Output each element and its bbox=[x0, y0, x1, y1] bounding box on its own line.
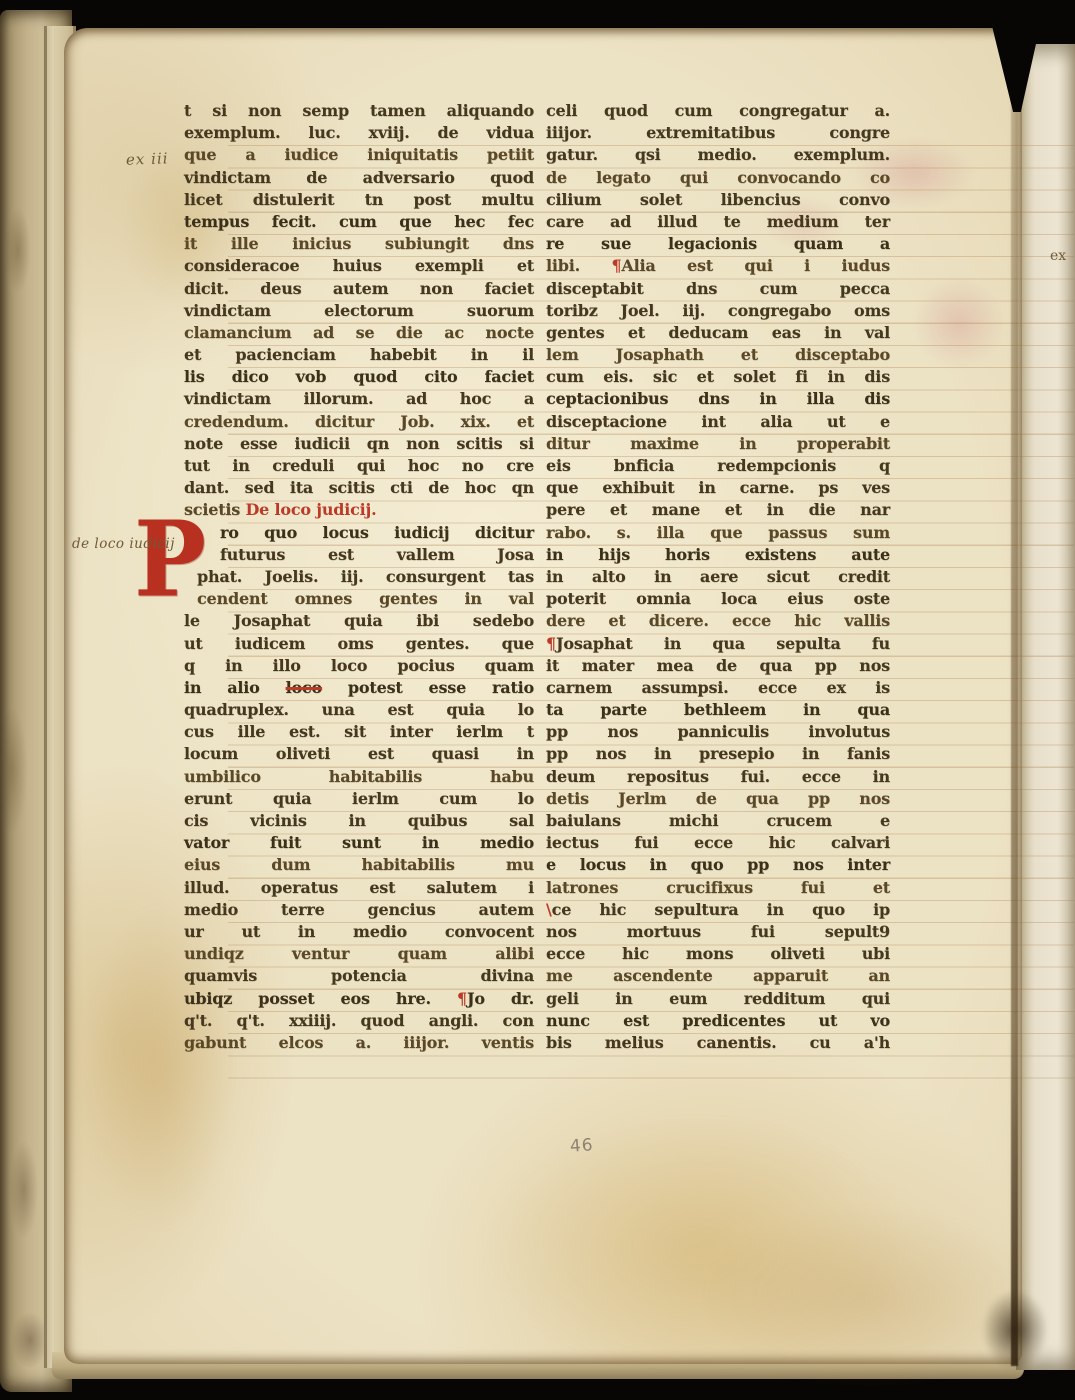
text-line: note esse iudicii qn non scitis si bbox=[184, 433, 534, 455]
text-line: umbilico habitabilis habu bbox=[184, 766, 534, 788]
text-line: libi. ¶Alia est qui i iudus bbox=[546, 255, 890, 277]
text-segment: loco bbox=[286, 678, 322, 697]
text-line: que exhibuit in carne. ps ves bbox=[546, 477, 890, 499]
text-line: cendent omnes gentes in val bbox=[184, 588, 534, 610]
text-line: disceptabit dns cum pecca bbox=[546, 278, 890, 300]
text-line: vator fuit sunt in medio bbox=[184, 832, 534, 854]
text-line: lis dico vob quod cito faciet bbox=[184, 366, 534, 388]
text-line: in hijs horis existens aute bbox=[546, 544, 890, 566]
text-column-right: celi quod cum congregatur a.iiijor. extr… bbox=[546, 100, 890, 1054]
text-line: licet distulerit tn post multu bbox=[184, 189, 534, 211]
text-line: cilium solet libencius convo bbox=[546, 189, 890, 211]
text-line: et pacienciam habebit in il bbox=[184, 344, 534, 366]
text-line: tempus fecit. cum que hec fec bbox=[184, 211, 534, 233]
text-segment: libi. bbox=[546, 256, 611, 275]
text-segment: Josaphat in qua sepulta fu bbox=[556, 634, 890, 653]
text-line: q in illo loco pocius quam bbox=[184, 655, 534, 677]
text-line: gatur. qsi medio. exemplum. bbox=[546, 144, 890, 166]
text-line: ur ut in medio convocent bbox=[184, 921, 534, 943]
text-line: erunt quia ierlm cum lo bbox=[184, 788, 534, 810]
text-line: que a iudice iniquitatis petiit bbox=[184, 144, 534, 166]
text-segment: ubiqz posset eos hre. bbox=[184, 989, 457, 1008]
text-line: ro quo locus iudicij dicitur bbox=[184, 522, 534, 544]
text-line: le Josaphat quia ibi sedebo bbox=[184, 610, 534, 632]
text-line: pp nos panniculis involutus bbox=[546, 721, 890, 743]
text-line: credendum. dicitur Job. xix. et bbox=[184, 411, 534, 433]
text-line: re sue legacionis quam a bbox=[546, 233, 890, 255]
text-line: eius dum habitabilis mu bbox=[184, 854, 534, 876]
text-line: gentes et deducam eas in val bbox=[546, 322, 890, 344]
text-line: illud. operatus est salutem i bbox=[184, 877, 534, 899]
text-line: poterit omnia loca eius oste bbox=[546, 588, 890, 610]
text-line: cus ille est. sit inter ierlm t bbox=[184, 721, 534, 743]
text-line: phat. Joelis. iij. consurgent tas bbox=[184, 566, 534, 588]
text-line: nunc est predicentes ut vo bbox=[546, 1010, 890, 1032]
ink-bleed-mark bbox=[914, 278, 1004, 368]
text-line: baiulans michi crucem e bbox=[546, 810, 890, 832]
text-line: iiijor. extremitatibus congre bbox=[546, 122, 890, 144]
text-line: eis bnficia redempcionis q bbox=[546, 455, 890, 477]
text-line: de legato qui convocando co bbox=[546, 167, 890, 189]
text-line: iectus fui ecce hic calvari bbox=[546, 832, 890, 854]
text-line: it ille inicius subiungit dns bbox=[184, 233, 534, 255]
text-line: tut in creduli qui hoc no cre bbox=[184, 455, 534, 477]
text-line: undiqz ventur quam alibi bbox=[184, 943, 534, 965]
rubric-text: ¶ bbox=[457, 989, 467, 1008]
text-line: in alto in aere sicut credit bbox=[546, 566, 890, 588]
text-line: cum eis. sic et solet fi in dis bbox=[546, 366, 890, 388]
text-line: in alio loco potest esse ratio bbox=[184, 677, 534, 699]
manuscript-photo: Pt si non semp tamen aliquandoexemplum. … bbox=[0, 0, 1075, 1400]
page-gap-shadow bbox=[982, 1290, 1048, 1370]
text-segment: Jo dr. bbox=[467, 989, 534, 1008]
text-column-left: Pt si non semp tamen aliquandoexemplum. … bbox=[184, 100, 534, 1054]
text-line: ditur maxime in properabit bbox=[546, 433, 890, 455]
text-segment: Alia est qui i iudus bbox=[621, 256, 890, 275]
folio-number: 46 bbox=[569, 1135, 594, 1157]
text-line: dicit. deus autem non faciet bbox=[184, 278, 534, 300]
text-line: ubiqz posset eos hre. ¶Jo dr. bbox=[184, 988, 534, 1010]
text-line: consideracoe huius exempli et bbox=[184, 255, 534, 277]
rubric-text: ¶ bbox=[611, 256, 621, 275]
rubric-text: De loco judicij. bbox=[245, 500, 376, 519]
text-line: quadruplex. una est quia lo bbox=[184, 699, 534, 721]
text-segment: in alio bbox=[184, 678, 286, 697]
text-line: bis melius canentis. cu a'h bbox=[546, 1032, 890, 1054]
text-line: dere et dicere. ecce hic vallis bbox=[546, 610, 890, 632]
text-line: ut iudicem oms gentes. que bbox=[184, 633, 534, 655]
text-line: ¶Josaphat in qua sepulta fu bbox=[546, 633, 890, 655]
text-line: ceptacionibus dns in illa dis bbox=[546, 388, 890, 410]
text-line: e locus in quo pp nos inter bbox=[546, 854, 890, 876]
text-line: quamvis potencia divina bbox=[184, 965, 534, 987]
text-line: disceptacione int alia ut e bbox=[546, 411, 890, 433]
text-line: toribz Joel. iij. congregabo oms bbox=[546, 300, 890, 322]
text-segment: ce hic sepultura in quo ip bbox=[552, 900, 890, 919]
text-segment: potest esse ratio bbox=[322, 678, 534, 697]
text-line: nos mortuus fui sepult9 bbox=[546, 921, 890, 943]
text-line: gabunt elcos a. iiijor. ventis bbox=[184, 1032, 534, 1054]
parchment-stain bbox=[484, 1118, 904, 1368]
text-line: exemplum. luc. xviij. de vidua bbox=[184, 122, 534, 144]
text-line: celi quod cum congregatur a. bbox=[546, 100, 890, 122]
text-line: pere et mane et in die nar bbox=[546, 499, 890, 521]
text-line: \ce hic sepultura in quo ip bbox=[546, 899, 890, 921]
margin-note-de-loco-iudicii: de loco iudicij bbox=[72, 536, 175, 552]
text-line: care ad illud te medium ter bbox=[546, 211, 890, 233]
next-page-edge bbox=[1016, 44, 1075, 1370]
text-line: lem Josaphath et disceptabo bbox=[546, 344, 890, 366]
rubric-text: ¶ bbox=[546, 634, 556, 653]
text-line: clamancium ad se die ac nocte bbox=[184, 322, 534, 344]
margin-note-quire-mark: ex iii bbox=[126, 149, 169, 168]
text-line: rabo. s. illa que passus sum bbox=[546, 522, 890, 544]
text-line: medio terre gencius autem bbox=[184, 899, 534, 921]
text-line: me ascendente apparuit an bbox=[546, 965, 890, 987]
text-line: dant. sed ita scitis cti de hoc qn bbox=[184, 477, 534, 499]
text-line: ecce hic mons oliveti ubi bbox=[546, 943, 890, 965]
text-line: cis vicinis in quibus sal bbox=[184, 810, 534, 832]
text-line: it mater mea de qua pp nos bbox=[546, 655, 890, 677]
text-line: t si non semp tamen aliquando bbox=[184, 100, 534, 122]
text-line: carnem assumpsi. ecce ex is bbox=[546, 677, 890, 699]
text-line: scietis De loco judicij. bbox=[184, 499, 534, 521]
text-line: vindictam de adversario quod bbox=[184, 167, 534, 189]
drop-cap-initial: P bbox=[134, 514, 218, 613]
text-line: latrones crucifixus fui et bbox=[546, 877, 890, 899]
margin-note-next-page: ex bbox=[1050, 248, 1066, 264]
text-line: detis Jerlm de qua pp nos bbox=[546, 788, 890, 810]
text-line: vindictam electorum suorum bbox=[184, 300, 534, 322]
page-crease bbox=[1011, 36, 1018, 1366]
text-line: deum repositus fui. ecce in bbox=[546, 766, 890, 788]
text-line: ta parte bethleem in qua bbox=[546, 699, 890, 721]
text-line: futurus est vallem Josa bbox=[184, 544, 534, 566]
text-line: pp nos in presepio in fanis bbox=[546, 743, 890, 765]
text-line: geli in eum redditum qui bbox=[546, 988, 890, 1010]
text-line: locum oliveti est quasi in bbox=[184, 743, 534, 765]
text-line: vindictam illorum. ad hoc a bbox=[184, 388, 534, 410]
text-line: q't. q't. xxiiij. quod angli. con bbox=[184, 1010, 534, 1032]
